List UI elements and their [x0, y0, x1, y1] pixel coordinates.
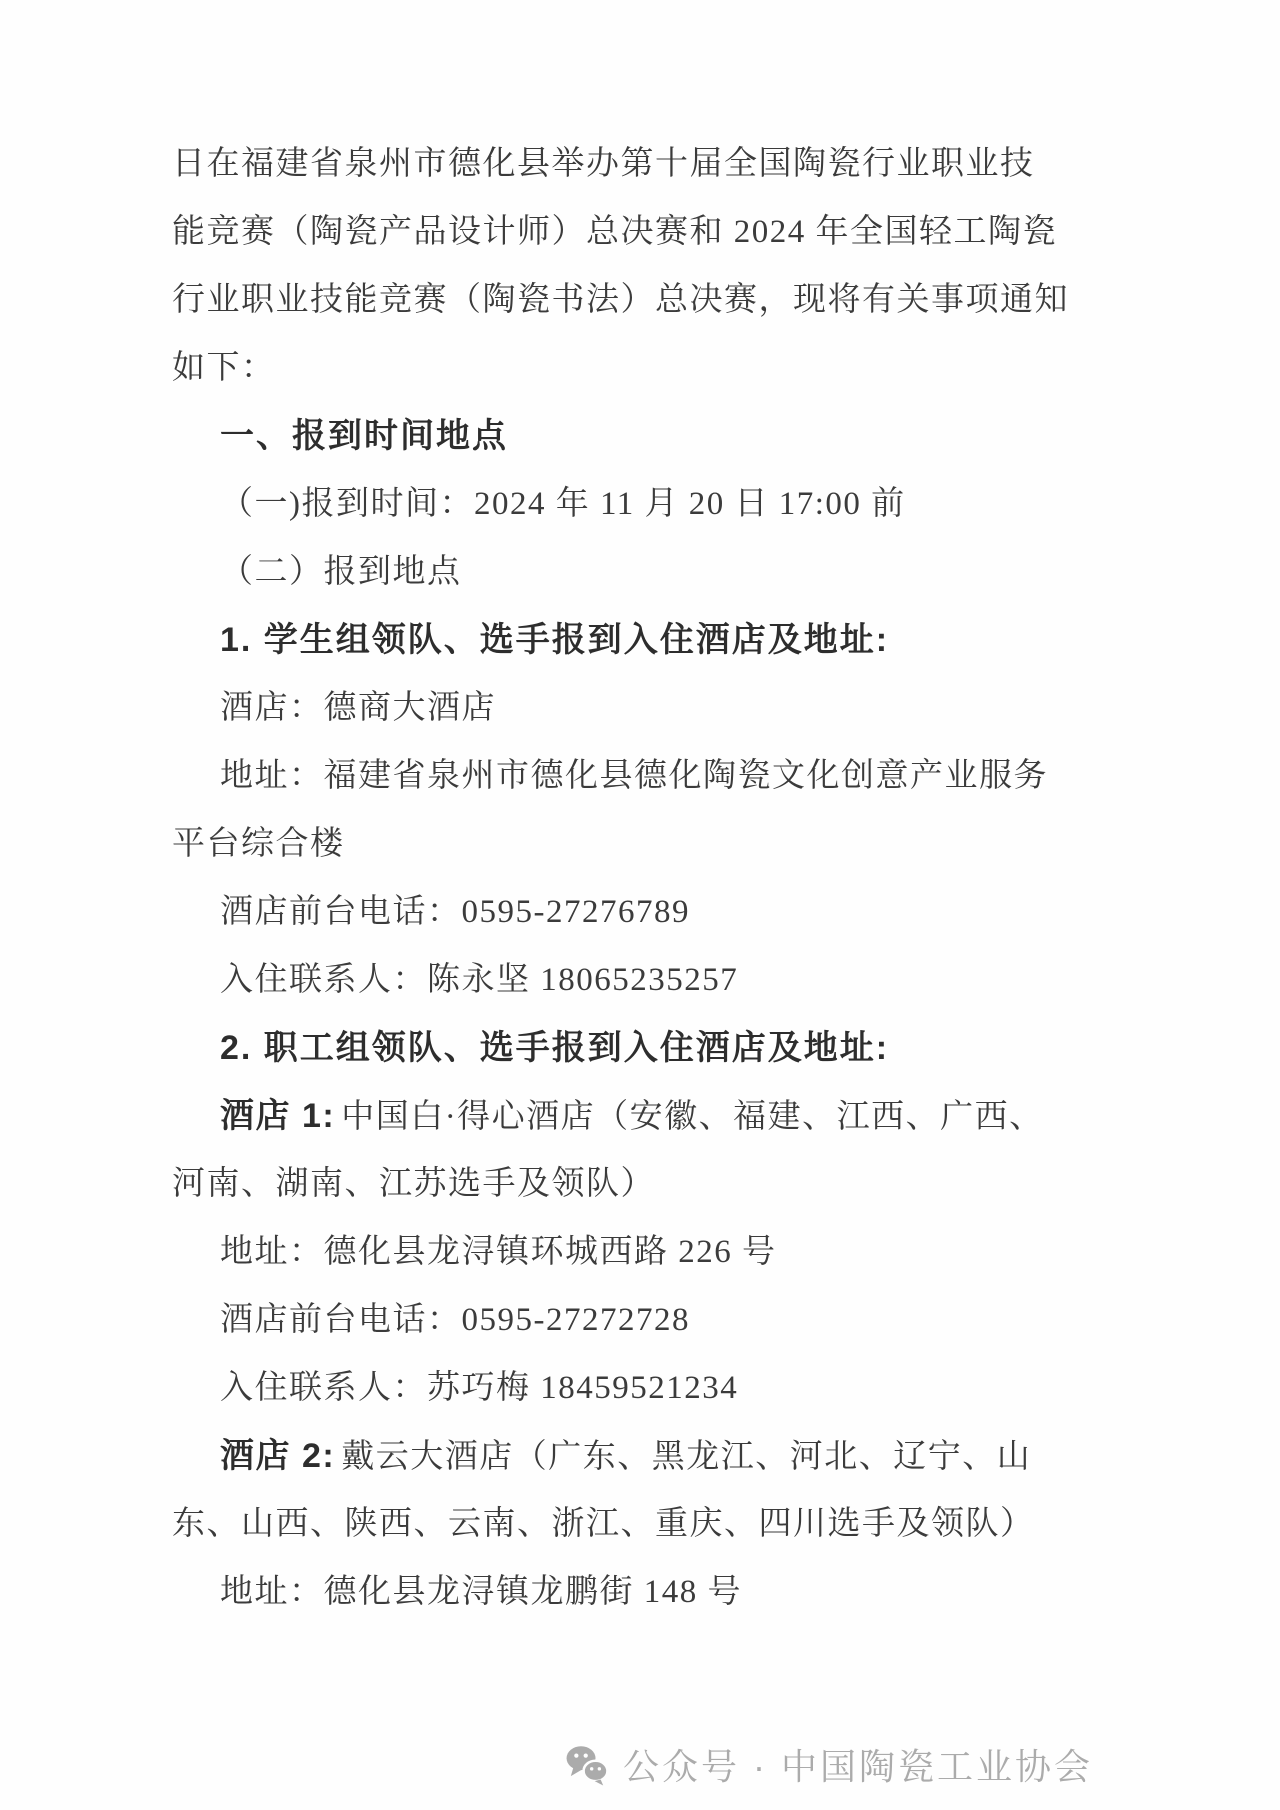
text-line: （一)报到时间：2024 年 11 月 20 日 17:00 前 — [172, 470, 1140, 538]
section-heading: 一、报到时间地点 — [172, 402, 1140, 470]
text-line: 日在福建省泉州市德化县举办第十届全国陶瓷行业职业技 — [172, 130, 1140, 198]
text-line: 平台综合楼 — [172, 810, 1140, 878]
section-heading: 2. 职工组领队、选手报到入住酒店及地址: — [172, 1014, 1140, 1082]
text-line: 酒店前台电话：0595-27272728 — [172, 1286, 1140, 1354]
wechat-watermark: 公众号 · 中国陶瓷工业协会 — [564, 1739, 1093, 1790]
text-line: 东、山西、陕西、云南、浙江、重庆、四川选手及领队） — [172, 1490, 1140, 1558]
text-line: 酒店前台电话：0595-27276789 — [172, 878, 1140, 946]
text-line: 能竞赛（陶瓷产品设计师）总决赛和 2024 年全国轻工陶瓷 — [172, 198, 1140, 266]
wechat-icon — [564, 1744, 610, 1786]
text-line: 地址：德化县龙浔镇环城西路 226 号 — [172, 1218, 1140, 1286]
watermark-text: 公众号 · 中国陶瓷工业协会 — [623, 1739, 1093, 1790]
text-line: 酒店 2:戴云大酒店（广东、黑龙江、河北、辽宁、山 — [172, 1422, 1140, 1490]
text-line: 地址：福建省泉州市德化县德化陶瓷文化创意产业服务 — [172, 742, 1140, 810]
text-line: 地址：德化县龙浔镇龙鹏街 148 号 — [172, 1558, 1140, 1626]
text-line: 如下： — [172, 334, 1140, 402]
section-heading: 1. 学生组领队、选手报到入住酒店及地址: — [172, 606, 1140, 674]
text-line: （二）报到地点 — [172, 538, 1140, 606]
line-text: 戴云大酒店（广东、黑龙江、河北、辽宁、山 — [341, 1439, 1031, 1475]
text-line: 酒店：德商大酒店 — [172, 674, 1140, 742]
line-text: 中国白·得心酒店（安徽、福建、江西、广西、 — [341, 1099, 1044, 1135]
text-line: 入住联系人：陈永坚 18065235257 — [172, 946, 1140, 1014]
hotel-number-label: 酒店 2: — [220, 1437, 335, 1475]
hotel-number-label: 酒店 1: — [220, 1097, 335, 1135]
text-line: 入住联系人：苏巧梅 18459521234 — [172, 1354, 1140, 1422]
document-page: 日在福建省泉州市德化县举办第十届全国陶瓷行业职业技能竞赛（陶瓷产品设计师）总决赛… — [0, 0, 1280, 1810]
text-line: 酒店 1:中国白·得心酒店（安徽、福建、江西、广西、 — [172, 1082, 1140, 1150]
text-line: 行业职业技能竞赛（陶瓷书法）总决赛，现将有关事项通知 — [172, 266, 1140, 334]
document-body: 日在福建省泉州市德化县举办第十届全国陶瓷行业职业技能竞赛（陶瓷产品设计师）总决赛… — [0, 0, 1280, 1626]
text-line: 河南、湖南、江苏选手及领队） — [172, 1150, 1140, 1218]
